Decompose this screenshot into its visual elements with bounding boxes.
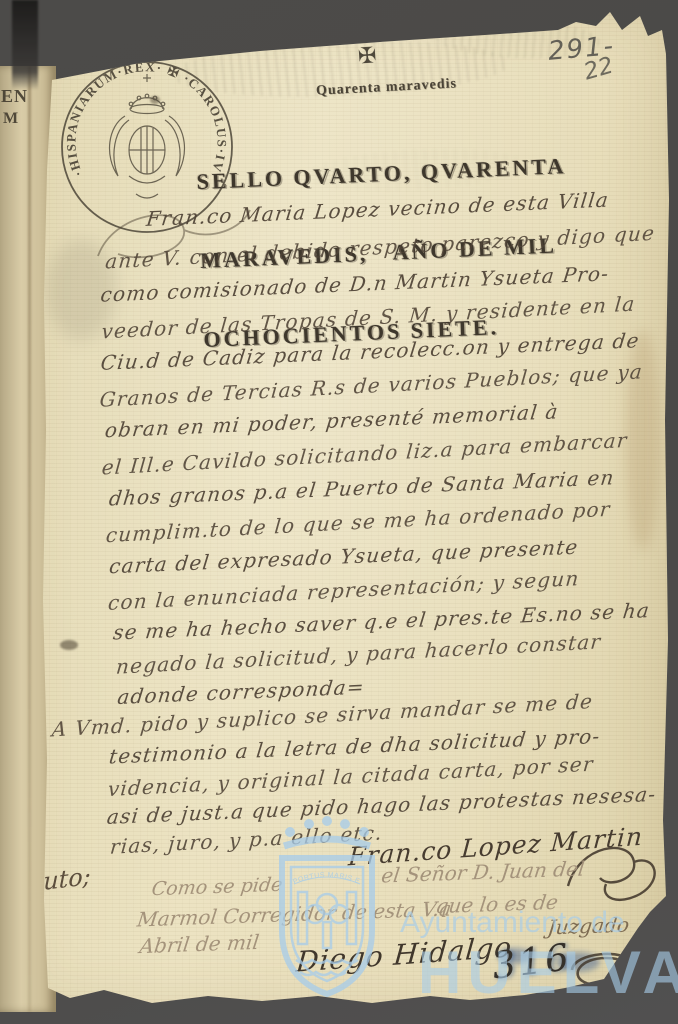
manuscript-line: Fran.co Maria Lopez vecino de esta Villa (145, 187, 610, 230)
auto-faint-line: que lo es de (434, 890, 559, 918)
paper-sheet: ✠ Quarenta maravedis SELLO QVARTO, QVARE… (0, 0, 678, 1024)
spine-shadow (12, 0, 38, 90)
cross-icon: ✠ (357, 43, 377, 69)
seal-legend-text: ·HISPANIARUM·REX· ✠ ·CAROLUS·IV·D·G· (56, 54, 230, 179)
edge-text-fragment: M (3, 110, 18, 128)
fold-crease (28, 66, 31, 1012)
auto-faint-line: Marmol Corregidor de esta V.a (136, 897, 453, 932)
official-signature: Diego Hidalgo (295, 930, 514, 978)
rubric-oval (560, 940, 650, 996)
auto-faint-line: Como se pide (150, 874, 284, 901)
manuscript-body: Fran.co Maria Lopez vecino de esta Villa… (34, 176, 678, 876)
ink-stain (128, 34, 154, 46)
svg-text:·HISPANIARUM·REX· ✠ ·CAROL: ·HISPANIARUM·REX· ✠ ·CAROLUS·IV·D·G· (56, 54, 230, 179)
document-scan: EN M ✠ Quarenta maravedis SELLO QVARTO, … (0, 0, 678, 1024)
ink-stain (88, 22, 136, 52)
auto-faint-line: Abril de mil (138, 930, 260, 958)
seal-coat-of-arms (110, 74, 185, 198)
auto-faint-line: Juzgado (546, 913, 630, 940)
